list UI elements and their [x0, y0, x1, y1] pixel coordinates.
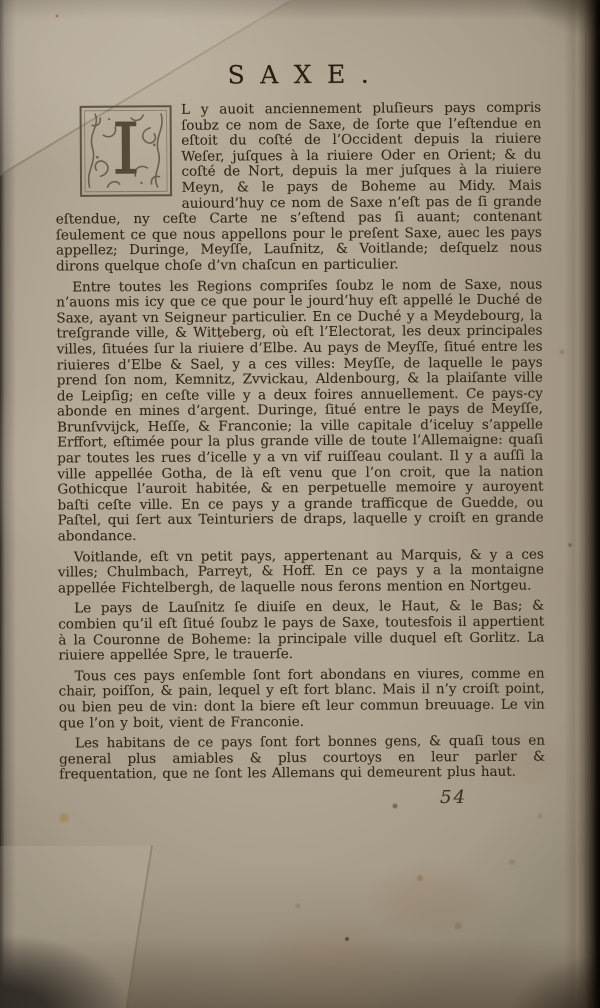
page-edge-right	[564, 0, 600, 1008]
paragraph-4: Le pays de Lauſnitz ſe diuiſe en deux, l…	[58, 599, 544, 664]
page-edge-line	[585, 0, 586, 1008]
paragraph-5: Tous ces pays enſemble ſont fort abondan…	[58, 666, 544, 731]
paragraph-6: Les habitans de ce pays ſont fort bonnes…	[59, 734, 545, 784]
ornate-initial-icon: I	[79, 105, 173, 198]
page-number: 54	[440, 787, 467, 808]
page-title: SAXE.	[55, 59, 541, 91]
body-text: I L y auoit anciennement pluſieurs pays …	[55, 101, 545, 784]
page-content: SAXE.	[55, 59, 545, 789]
paragraph-2: Entre toutes les Regions compriſes ſoubz…	[56, 277, 544, 545]
paragraph-3: Voitlande, eſt vn petit pays, appertenan…	[58, 547, 544, 597]
book-page: SAXE.	[0, 0, 600, 1008]
paragraph-1: I L y auoit anciennement pluſieurs pays …	[55, 101, 542, 275]
drop-cap-letter: I	[112, 108, 140, 190]
